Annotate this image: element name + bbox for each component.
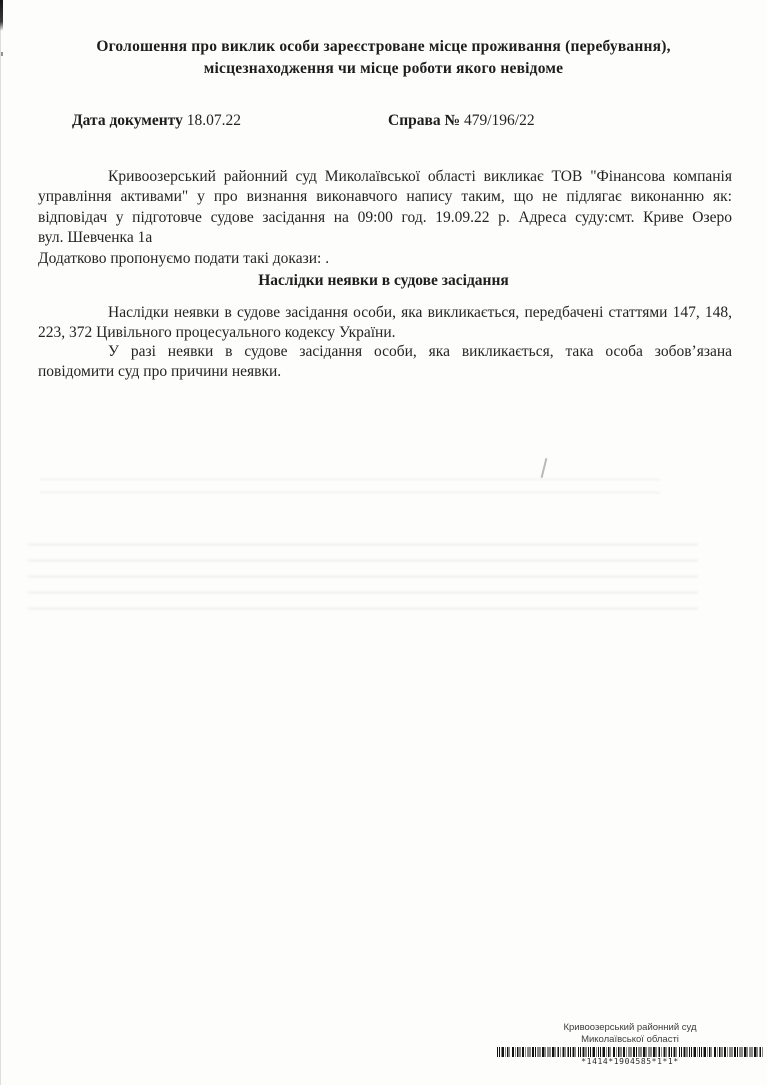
consequences-line: повідомити суд про причини неявки.	[38, 362, 732, 382]
case-number-label: Справа №	[388, 112, 460, 129]
evidence-request-line: Додатково пропонуємо подати такі докази:…	[38, 249, 732, 269]
case-number: Справа № 479/196/22	[388, 112, 535, 130]
bleed-through-ghost-text	[28, 538, 698, 610]
document-meta-row: Дата документу 18.07.22 Справа № 479/196…	[72, 112, 731, 134]
summons-line: управління активами" у про визнання вико…	[38, 187, 732, 207]
barcode-number: *1414*1904585*1*1*	[497, 1057, 763, 1066]
consequences-line: Наслідки неявки в судове засідання особи…	[38, 303, 732, 323]
document-title-line1: Оголошення про виклик особи зареєстрован…	[40, 36, 727, 58]
case-number-value: 479/196/22	[464, 112, 535, 129]
consequences-line: У разі неявки в судове засідання особи, …	[38, 342, 732, 362]
scan-edge-shade	[0, 0, 1, 1085]
consequences-heading: Наслідки неявки в судове засідання	[0, 272, 767, 290]
consequences-paragraphs: Наслідки неявки в судове засідання особи…	[38, 303, 732, 381]
document-title: Оголошення про виклик особи зареєстрован…	[40, 36, 727, 80]
document-date-value: 18.07.22	[187, 112, 241, 129]
scan-speck	[1, 52, 3, 56]
document-date-label: Дата документу	[72, 112, 183, 129]
summons-line: Кривоозерський районний суд Миколаївсько…	[38, 167, 732, 187]
barcode-image	[497, 1047, 763, 1057]
consequences-line: 223, 372 Цивільного процесуального кодек…	[38, 323, 732, 343]
scanned-court-notice-page: Оголошення про виклик особи зареєстрован…	[0, 0, 767, 1085]
document-title-line2: місцезнаходження чи місце роботи якого н…	[40, 58, 727, 80]
summons-line: відповідач у підготовче судове засідання…	[38, 208, 732, 228]
stamp-court-name-line2: Миколаївської області	[497, 1034, 763, 1046]
scan-corner-artifact	[0, 0, 3, 31]
document-date: Дата документу 18.07.22	[72, 112, 241, 130]
stamp-court-name-line1: Кривоозерський районний суд	[497, 1022, 763, 1034]
faint-pen-mark	[541, 458, 548, 478]
court-address-line: вул. Шевченка 1а	[38, 228, 732, 248]
summons-paragraph: Кривоозерський районний суд Миколаївсько…	[38, 167, 732, 269]
court-stamp-block: Кривоозерський районний суд Миколаївсько…	[497, 1022, 763, 1066]
bleed-through-ghost-text	[40, 468, 660, 494]
